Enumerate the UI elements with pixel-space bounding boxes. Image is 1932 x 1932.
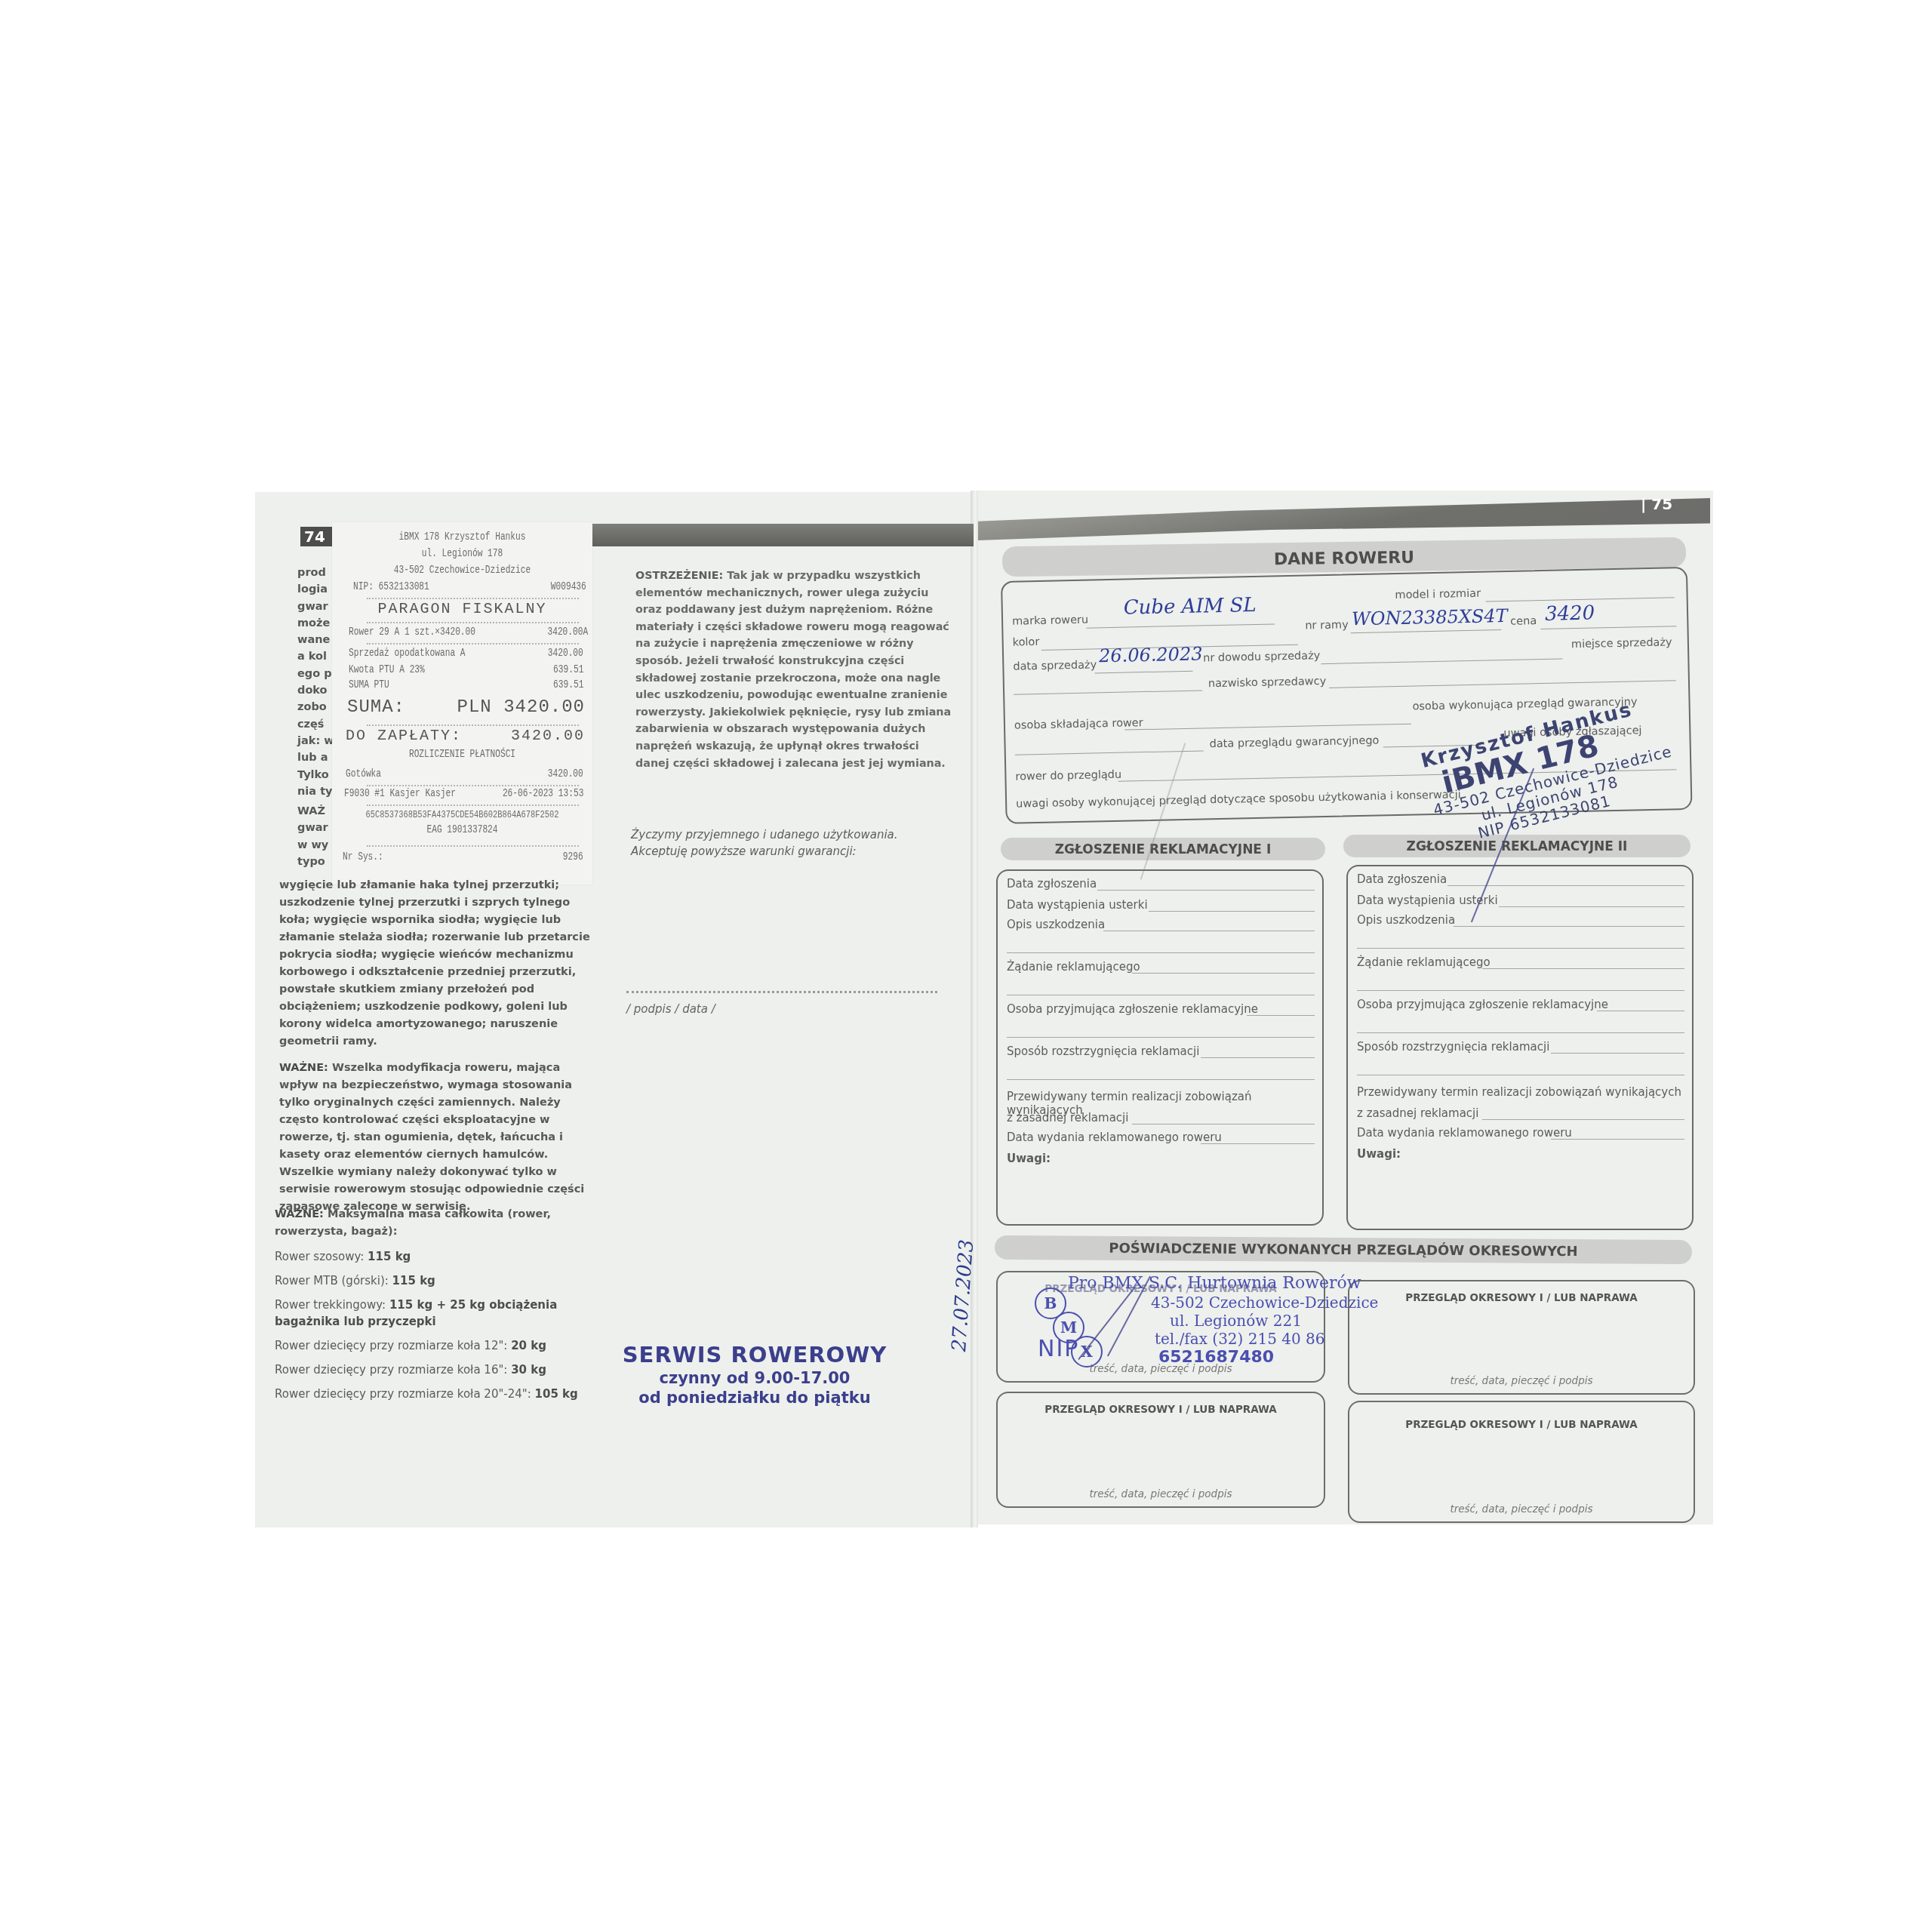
complaint-extra-line[interactable] [1357,1075,1684,1075]
input-data-sprzedazy[interactable] [1095,671,1193,674]
complaint-field-input[interactable] [1132,1124,1315,1124]
label-rower-do-przegladu: rower do przeglądu [1015,769,1121,783]
complaint-field-label: Żądanie reklamującego [1007,960,1140,974]
receipt-vat-label: Kwota PTU A 23% [349,664,425,676]
left-body-text: wygięcie lub złamanie haka tylnej przerz… [279,877,596,1225]
weight-limits: WAŻNE: Maksymalna masa całkowita (rower,… [275,1206,599,1410]
important-label-2: WAŻNE: [275,1208,324,1220]
section-title-complaint-2: ZGŁOSZENIE REKLAMACYJNE II [1343,835,1690,857]
warning-paragraph: OSTRZEŻENIE: Tak jak w przypadku wszystk… [635,568,952,772]
stamp-line-1: Pro BMX S.C. Hurtownia Rowerów [1068,1274,1361,1293]
damage-list-paragraph: wygięcie lub złamanie haka tylnej przerz… [279,877,596,1051]
inspection-box-2-heading: PRZEGLĄD OKRESOWY I / LUB NAPRAWA [1349,1292,1694,1304]
complaint-field-label: Osoba przyjmująca zgłoszenie reklamacyjn… [1357,998,1608,1011]
complaint-field-input[interactable] [1551,1139,1684,1140]
label-nr-ramy: nr ramy [1305,619,1349,632]
receipt-city: 43-502 Czechowice-Dziedzice [358,565,567,577]
wish-line-2: Akceptuję powyższe warunki gwarancji: [631,843,948,860]
wish-line-1: Życzymy przyjemnego i udanego użytkowani… [631,826,948,843]
service-stamp-title: SERWIS ROWEROWY [596,1342,913,1367]
label-nazwisko-sprzedawcy: nazwisko sprzedawcy [1208,675,1327,690]
complaint-field-input[interactable] [1201,1143,1315,1144]
complaint-field-input[interactable] [1454,926,1684,927]
inspection-box-4[interactable]: PRZEGLĄD OKRESOWY I / LUB NAPRAWA treść,… [1348,1401,1695,1523]
receipt-to-pay-amount: 3420.00 [511,728,585,745]
complaint-field-input[interactable] [1447,885,1684,886]
input-model-rozmiar[interactable] [1486,597,1675,601]
book-gutter [971,491,978,1527]
service-hours-stamp: SERWIS ROWEROWY czynny od 9.00-17.00 od … [596,1342,913,1407]
weight-limit-item: Rower szosowy: 115 kg [275,1248,599,1265]
complaint-field-label: Data wystąpienia usterki [1007,898,1148,912]
max-weight-heading: WAŻNE: Maksymalna masa całkowita (rower,… [275,1206,599,1241]
complaint-field-label: z zasadnej reklamacji [1007,1111,1128,1124]
complaint-field-label: Sposób rozstrzygnięcia reklamacji [1357,1040,1549,1054]
inspection-box-3-footer: treść, data, pieczęć i podpis [998,1488,1324,1500]
complaint-field: Data zgłoszenia [1357,872,1684,886]
complaint-field-input[interactable] [1482,1119,1684,1120]
complaint-extra-line[interactable] [1357,948,1684,949]
input-nr-dowodu[interactable] [1321,658,1562,664]
signature-scribble-2 [1078,1287,1134,1360]
complaint-field: z zasadnej reklamacji [1357,1106,1684,1120]
warning-text: Tak jak w przypadku wszystkich elementów… [635,570,951,770]
receipt-payment-amount: 3420.00 [548,768,583,780]
value-nr-ramy: WON23385XS4T [1352,605,1508,629]
complaint-field: Opis uszkodzenia [1007,918,1315,931]
inspection-box-2-footer: treść, data, pieczęć i podpis [1349,1375,1694,1387]
complaint-field: Żądanie reklamującego [1357,955,1684,969]
header-band-left [592,524,974,546]
complaint-field: Przewidywany termin realizacji zobowiąza… [1357,1085,1684,1099]
fiscal-receipt: iBMX 178 Krzysztof Hankus ul. Legionów 1… [332,522,592,884]
complaint-extra-line[interactable] [1007,995,1315,995]
complaint-field-input[interactable] [1103,931,1315,931]
signature-label: / podpis / data / [626,1002,715,1016]
service-stamp-days: od poniedziałku do piątku [596,1389,913,1407]
inspection-box-3[interactable]: PRZEGLĄD OKRESOWY I / LUB NAPRAWA treść,… [996,1392,1325,1508]
page-number-left: 74 [300,527,329,546]
complaint-field: Data wydania reklamowanego roweru [1007,1131,1315,1144]
label-cena: cena [1510,615,1537,628]
weight-limit-item: Rower dziecięcy przy rozmiarze koła 12":… [275,1337,599,1354]
input-osoba-wykonujaca[interactable] [1015,750,1204,755]
value-cena: 3420 [1545,602,1595,626]
label-data-sprzedazy: data sprzedaży [1013,659,1097,672]
signature-line[interactable] [626,991,937,993]
wish-text: Życzymy przyjemnego i udanego użytkowani… [631,826,948,860]
service-company-stamp: Pro BMX S.C. Hurtownia Rowerów 43-502 Cz… [1015,1274,1332,1372]
inspection-box-4-heading: PRZEGLĄD OKRESOWY I / LUB NAPRAWA [1349,1419,1694,1431]
complaint-extra-line[interactable] [1007,1037,1315,1038]
receipt-device: EAG 1901337824 [358,824,567,836]
important-modification-paragraph: WAŻNE: Wszelka modyfikacja roweru, mając… [279,1060,596,1216]
complaint-extra-line[interactable] [1007,1079,1315,1080]
complaint-extra-line[interactable] [1007,952,1315,953]
complaint-form-1: Data zgłoszeniaData wystąpienia usterkiO… [996,869,1324,1226]
receipt-total-amount: PLN 3420.00 [457,697,585,718]
complaint-field: z zasadnej reklamacji [1007,1111,1315,1124]
complaint-field: Data wystąpienia usterki [1007,898,1315,912]
weight-limit-item: Rower dziecięcy przy rozmiarze koła 20"-… [275,1386,599,1402]
complaint-remarks-label: Uwagi: [1007,1152,1315,1165]
label-data-przegladu: data przeglądu gwarancyjnego [1209,735,1379,751]
receipt-item-name: Rower 29 A 1 szt.×3420.00 [349,626,475,638]
weight-limit-item: Rower dziecięcy przy rozmiarze koła 16":… [275,1361,599,1378]
receipt-vat-sale-amount: 3420.00 [548,648,583,660]
label-model-rozmiar: model i rozmiar [1395,588,1481,601]
complaint-field-input[interactable] [1597,1011,1684,1011]
stamp-nip: 6521687480 [1158,1348,1274,1367]
page-number-right-value: 75 [1651,495,1672,513]
important-label: WAŻNE: [279,1062,328,1074]
receipt-datetime: 26-06-2023 13:53 [502,788,583,800]
complaint-remarks-label: Uwagi: [1357,1147,1684,1161]
receipt-vat-sum-amount: 639.51 [553,679,583,691]
stamp-line-2: 43-502 Czechowice-Dziedzice [1151,1294,1378,1312]
value-data-sprzedazy: 26.06.2023 [1099,643,1203,666]
value-marka-roweru: Cube AIM SL [1123,594,1257,620]
receipt-number: W009436 [551,581,586,593]
input-miejsce-sprzedazy[interactable] [1014,690,1202,694]
complaint-field-label: Opis uszkodzenia [1007,918,1105,931]
section-title-complaint-1: ZGŁOSZENIE REKLAMACYJNE I [1001,838,1325,860]
complaint-field-label: Sposób rozstrzygnięcia reklamacji [1007,1044,1199,1058]
input-osoba-skladajaca[interactable] [1124,724,1411,731]
receipt-to-pay-label: DO ZAPŁATY: [346,728,462,745]
complaint-field-label: Żądanie reklamującego [1357,955,1491,969]
complaint-extra-line[interactable] [1357,1032,1684,1033]
complaint-field-label: z zasadnej reklamacji [1357,1106,1478,1120]
complaint-field: Osoba przyjmująca zgłoszenie reklamacyjn… [1007,1002,1315,1016]
complaint-field: Osoba przyjmująca zgłoszenie reklamacyjn… [1357,998,1684,1011]
receipt-item-amount: 3420.00A [547,626,588,638]
complaint-field-label: Data zgłoszenia [1357,872,1447,886]
important-modification-text: Wszelka modyfikacja roweru, mająca wpływ… [279,1062,584,1213]
receipt-vat-amount: 639.51 [553,664,583,676]
complaint-field-label: Osoba przyjmująca zgłoszenie reklamacyjn… [1007,1002,1258,1016]
receipt-vat-sale-label: Sprzedaż opodatkowana A [349,648,466,660]
weight-limit-list: Rower szosowy: 115 kgRower MTB (górski):… [275,1248,599,1402]
complaint-field-input[interactable] [1201,1057,1315,1058]
bmx-logo-x: X [1071,1336,1103,1367]
inspection-box-3-heading: PRZEGLĄD OKRESOWY I / LUB NAPRAWA [998,1404,1324,1416]
complaint-field-input[interactable] [1482,968,1684,969]
receipt-cashier: F9030 #1 Kasjer Kasjer [344,788,456,800]
complaint-field-input[interactable] [1247,1015,1315,1016]
page-number-right: | 75 [1641,495,1675,513]
complaint-extra-line[interactable] [1357,990,1684,991]
label-kolor: kolor [1013,636,1040,649]
weight-limit-item: Rower MTB (górski): 115 kg [275,1272,599,1289]
complaint-field: Sposób rozstrzygnięcia reklamacji [1007,1044,1315,1058]
label-uwagi-wykonujacej: uwagi osoby wykonującej przegląd dotyczą… [1016,789,1461,810]
label-miejsce-sprzedazy: miejsce sprzedaży [1571,636,1672,651]
receipt-address: ul. Legionów 178 [358,548,567,560]
receipt-sys-label: Nr Sys.: [343,851,383,863]
complaint-field: Data zgłoszenia [1007,877,1315,891]
input-nr-ramy[interactable] [1351,629,1502,633]
receipt-payment-label: Gotówka [346,768,381,780]
complaint-field-label: Data wydania reklamowanego roweru [1007,1131,1222,1144]
complaint-field-label: Data zgłoszenia [1007,877,1097,891]
complaint-field-input[interactable] [1499,906,1684,907]
receipt-seller: iBMX 178 Krzysztof Hankus [358,531,567,543]
inspection-box-2[interactable]: PRZEGLĄD OKRESOWY I / LUB NAPRAWA treść,… [1348,1280,1695,1395]
complaint-form-2: Data zgłoszeniaData wystąpienia usterkiO… [1346,865,1694,1230]
weight-limit-item: Rower trekkingowy: 115 kg + 25 kg obciąż… [275,1297,599,1330]
label-marka-roweru: marka roweru [1012,614,1088,628]
complaint-field: Żądanie reklamującego [1007,960,1315,974]
complaint-field-input[interactable] [1149,911,1315,912]
label-nr-dowodu: nr dowodu sprzedaży [1203,650,1320,664]
complaint-field-label: Przewidywany termin realizacji zobowiąza… [1357,1085,1681,1099]
complaint-field-input[interactable] [1132,973,1315,974]
input-marka-roweru[interactable] [1086,623,1275,628]
receipt-hash: 65C8537368B53FA4375CDE54B602B864A678F250… [358,809,567,820]
complaint-field-input[interactable] [1097,890,1315,891]
receipt-nip: NIP: 6532133081 [353,581,429,593]
input-nazwisko-sprzedawcy[interactable] [1329,680,1676,688]
complaint-field-input[interactable] [1551,1053,1684,1054]
complaint-field: Data wydania reklamowanego roweru [1357,1126,1684,1140]
input-cena[interactable] [1540,626,1676,629]
complaint-field-label: Data wydania reklamowanego roweru [1357,1126,1572,1140]
complaint-field: Data wystąpienia usterki [1357,894,1684,907]
receipt-vat-sum-label: SUMA PTU [349,679,389,691]
complaint-field-label: Opis uszkodzenia [1357,913,1455,927]
complaint-field: Opis uszkodzenia [1357,913,1684,927]
warning-label: OSTRZEŻENIE: [635,570,723,582]
inspection-box-4-footer: treść, data, pieczęć i podpis [1349,1503,1694,1515]
receipt-sys-value: 9296 [563,851,583,863]
receipt-title: PARAGON FISKALNY [332,601,592,618]
receipt-total-label: SUMA: [347,697,405,718]
receipt-settlement-title: ROZLICZENIE PŁATNOŚCI [358,749,567,761]
service-stamp-hours: czynny od 9.00-17.00 [596,1369,913,1387]
section-title-inspections: POŚWIADCZENIE WYKONANYCH PRZEGLĄDÓW OKRE… [995,1235,1692,1264]
stamp-line-3: ul. Legionów 221 [1170,1312,1302,1330]
complaint-field: Sposób rozstrzygnięcia reklamacji [1357,1040,1684,1054]
stamp-line-4: tel./fax (32) 215 40 86 [1155,1330,1325,1348]
